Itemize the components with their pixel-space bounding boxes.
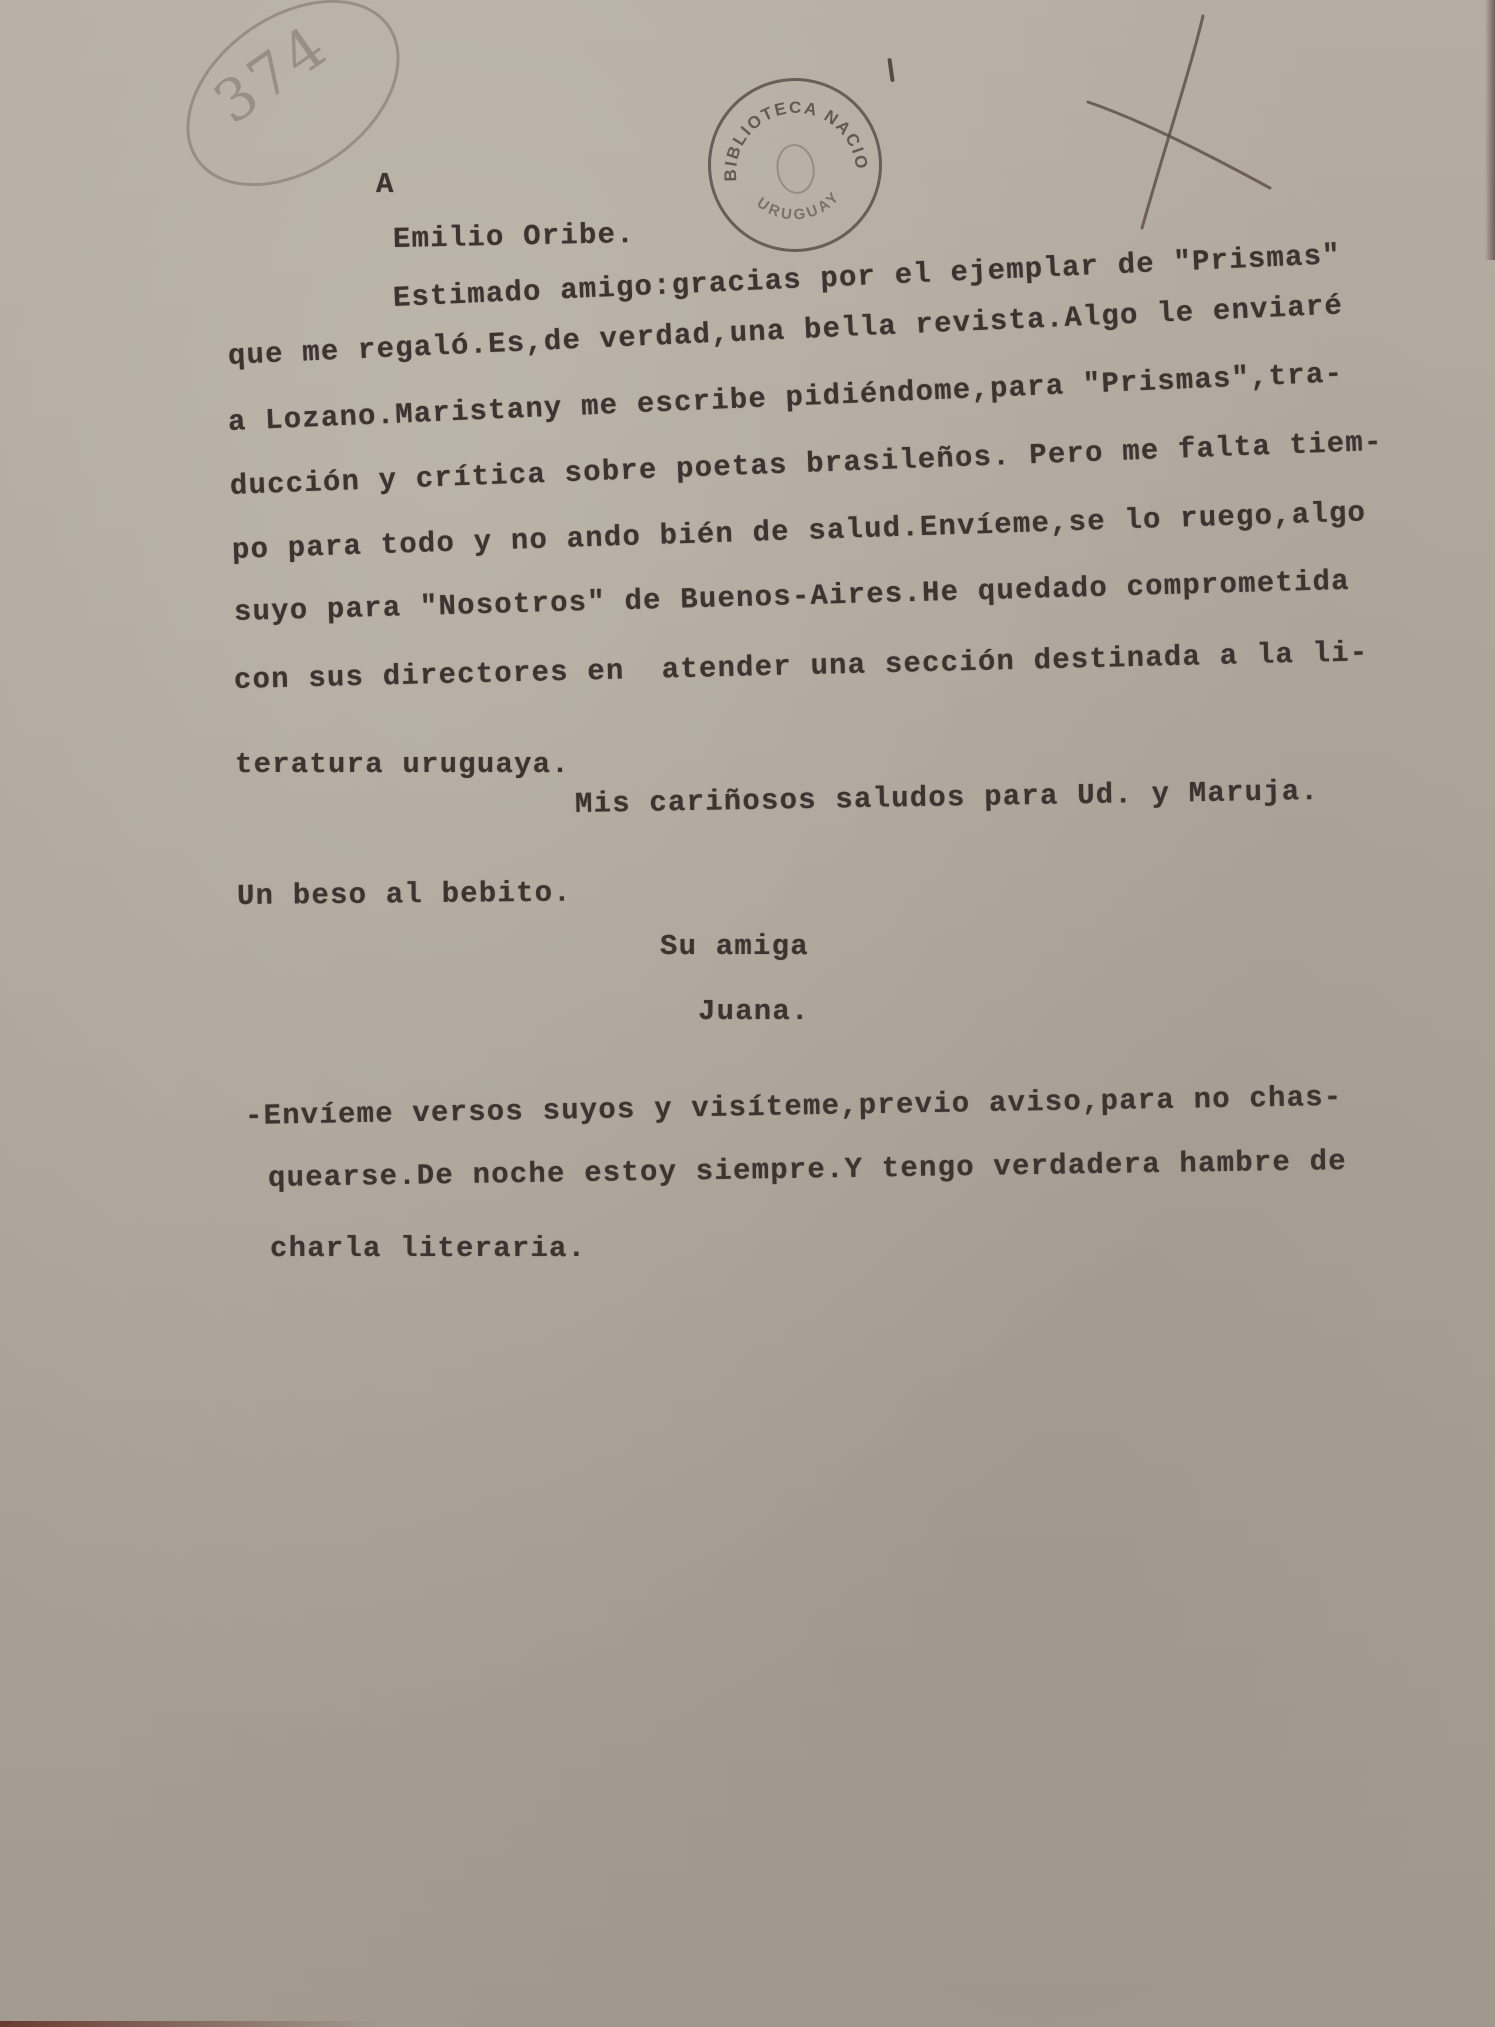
letter-text: A Emilio Oribe. Estimado amigo:gracias p… <box>0 0 1495 2027</box>
postscript-line-2: quearse.De noche estoy siempre.Y tengo v… <box>268 1145 1347 1195</box>
body-line-7: con sus directores en atender una secció… <box>234 636 1369 697</box>
body-line-6: suyo para "Nosotros" de Buenos-Aires.He … <box>234 565 1351 629</box>
closing-line: Su amiga <box>660 930 809 963</box>
letter-page: 374 BIBLIOTECA NACIONAL URUGUAY A Emilio… <box>0 0 1495 2027</box>
signature: Juana. <box>698 995 810 1028</box>
body-line-8: teratura uruguaya. <box>235 748 570 781</box>
postscript-line-1: -Envíeme versos suyos y visíteme,previo … <box>245 1081 1343 1133</box>
greeting-line: Mis cariñosos saludos para Ud. y Maruja. <box>575 775 1320 821</box>
salutation-prefix: A <box>376 168 395 201</box>
postscript-line-3: charla literaria. <box>270 1232 586 1265</box>
body-line-4: ducción y crítica sobre poetas brasileño… <box>229 426 1383 503</box>
kiss-line: Un beso al bebito. <box>237 876 572 913</box>
paper-bottom-edge <box>0 2021 380 2027</box>
recipient-name: Emilio Oribe. <box>393 218 635 256</box>
body-line-5: po para todo y no ando bién de salud.Env… <box>231 496 1366 567</box>
body-line-3: a Lozano.Maristany me escribe pidiéndome… <box>227 357 1344 439</box>
